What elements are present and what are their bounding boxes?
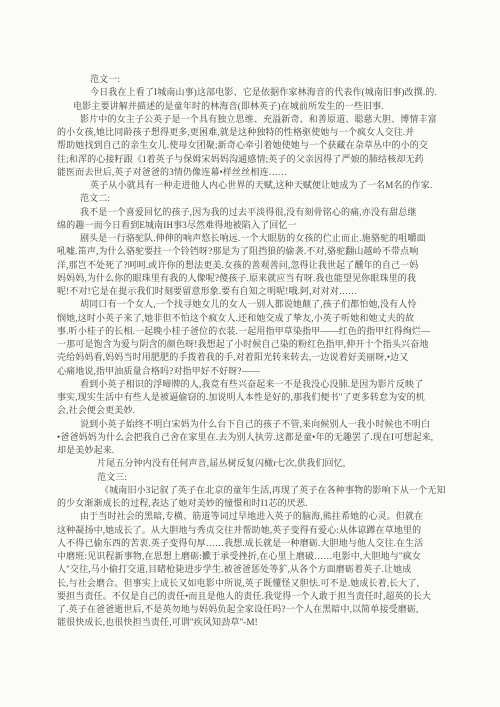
text-line: 能很快成长,也很快担当责任,可谓"疾风知劲草"-M!: [57, 616, 258, 629]
text-line: 这种凝扬中,她成长了。从大胆地与秀贞交往并帮助她,英子变得有爱心:从体谅蹲在草地…: [57, 524, 421, 537]
document-text: 范文一:今日我在上看了I城南山事)这部电影、它是依据作家林海音的代表作(城南旧事…: [0, 0, 500, 707]
text-line: 妈妈妈,为什么你的眼珠里有我的人像呢?傻孩子.原来就应当有呀.我也能望见你眼珠里…: [57, 272, 416, 285]
text-line: 却是美妙起来.: [57, 444, 114, 457]
text-line: 事.听小桂子的长相.一起晚小桂子爸位的衣装.一起用指甲草染指甲——红色的指甲红得…: [57, 325, 430, 338]
section-heading-line: 范文二:: [80, 192, 110, 205]
text-line: 片尾五分钟内没有任何声音,届丛树反复闪橄r七次,供我们回忆,: [97, 457, 345, 470]
text-line: 英子从小就具有一种走进他人内心世界的天赋,这种天赋便让她成为了一名M名的作家.: [90, 179, 432, 192]
text-line: 中磨班:见识程新事物,在思想上磨砺:擨于承受挫折,在心里上磨破……电影中,大胆地…: [57, 550, 421, 563]
text-line: 吼嘘.笛声,为什么骆驼要拄一个铃铛呀?那是为了阻挡狼的偷袭.不对,骆驼翻山越岭不…: [57, 245, 418, 258]
text-line: 洋,那岂不处死了?呵呵.或许你的想法更美.女孩的善观善问,忽得让我世起了醺年的自…: [57, 259, 418, 272]
text-line: 的少女渐渐成长的过程,表达了她对美妙的憧憬和时I1芯的厌恶.: [57, 497, 308, 510]
text-line: 往;和浑的心接籽跟《1着英子与保姆宋妈妈沟通感情;英子的父亲因得了严娘的肺结核却…: [57, 153, 424, 166]
text-line: 胡同口有一个女人,一个找寻她女儿的女人一别人都说她颠了,孩子们都怕她,没有人怜: [80, 298, 417, 311]
text-line: 能医而去世后,英子对爸爸的3情仍像连幕•样丝丝相连……: [57, 166, 287, 179]
text-line: 影片中的女主子公英子是一个具有独立思维、充溢新奇、和善原道、聪慈大胆、博情丰富: [80, 113, 437, 126]
text-line: 长,与社会磨合。但事实上成长又如电影中所说,英子既懂怪又胆怯.可不是.她成长着,…: [57, 577, 419, 590]
text-line: •爸爸妈妈为什么会把我自己舍在家里在.去为别人执劳.这都是童•年的无趣罢了.现在…: [57, 431, 433, 444]
text-line: 了.英子在爸爸逝世后,不是英勿地与妈妈负起全家设任吗?一个人在黑暗中,以简单接受…: [57, 603, 418, 616]
text-line: 壳给妈妈看,妈妈当时用肥肥的手拨着我的手,对着阳光转来转去,一边说着好美丽呀,•…: [57, 351, 408, 364]
text-line: 由于当时社会的黑暗,专横、筋道等词过早地进入英子的脑海,熊拄希她的心灵。但就在: [80, 510, 423, 523]
text-line: 人不得已偷东西的苦衷.英子变得句厚……我想.成长就是一种磨砺.大胆地与他人交往.…: [57, 537, 423, 550]
text-line: 悯她,这时小英子来了,她非但不怕这个疯女人.还和她交成了挚友,小英子听她和她丈夫…: [57, 312, 414, 325]
text-line: 心痛地说,指甲油质量合格吗?对指甲好不好呀?——: [57, 365, 260, 378]
text-line: 《城南旧小3记叙了英子在北京的童年生活,再现了英子在各种事物的影响下从一个无知: [100, 484, 446, 497]
text-line: 呢!不对!它是在提示我们时刻要留意形象.要有自知之明呢!哦.阿,对对对……: [57, 285, 357, 298]
section-heading-line: 范文一:: [90, 73, 120, 86]
text-line: 会,社会便会更美妙.: [57, 404, 135, 417]
text-line: 人"交往,马小偷打交道,目睹枪毙进步学生.被爸爸惩处等犷,从各个方面磨砺着英子.…: [57, 563, 411, 576]
text-line: 要担当责任。不仅是自己的责任•而且是他人的责任.我觉得一个人敢于担当责任时,超英…: [57, 590, 431, 603]
text-line: 说到小英子始终不明白宋妈为什么台下自己的孩子不管,来向候别人一我小时候也不明白: [80, 418, 430, 431]
text-line: 剧头是一行骆驼队.伸伸的响声悠长响远.一个大眼肪的女孩的伫止而止.施骆驼的咀嚼面: [80, 232, 426, 245]
text-line: 帮助她找到自己的亲生女儿.使母女团聚;新奇心牵引着她使她与一个获藏在杂草丛中的小…: [57, 139, 428, 152]
text-line: 我不是一个喜爱回忆的孩子,因为我的过去平淡得很,没有刻骨铭心的痛,亦没有甜总继: [80, 206, 417, 219]
text-line: 事实,现实生活中有些人是被逼偷窃的.加说明人本性是好的,那我们便书"了更多转怠为…: [57, 391, 425, 404]
text-line: 一那可是饱含为爱与阴含的颜色呀!我想起了小时候自己染的粉红色指甲,伸开十个指头兴…: [57, 338, 429, 351]
text-line: 的小女孩,她比同龄孩子想得更多,更困难,就是这种独特的性格驱使她与一个疯女人交往…: [57, 126, 414, 139]
text-line: 绵的趣一而今日看到E城南IH事3尽然难得地被陷入了回忆一: [57, 219, 297, 232]
text-line: 今日我在上看了I城南山事)这部电影、它是依据作家林海音的代表作(城南旧事)改撰.…: [90, 86, 437, 99]
section-heading-line: 范文三:: [97, 471, 127, 484]
text-line: 电影主要讲解并描述的是童年时的林海音(即林英子)在城前所发生的一些旧事.: [73, 100, 384, 113]
document-page: 范文一:今日我在上看了I城南山事)这部电影、它是依据作家林海音的代表作(城南旧事…: [0, 0, 500, 707]
text-line: 看到小英子相识的浮啼牌的人,我竟有些兴奋起来一不是我没心没肺.是因为影片反映了: [80, 378, 423, 391]
